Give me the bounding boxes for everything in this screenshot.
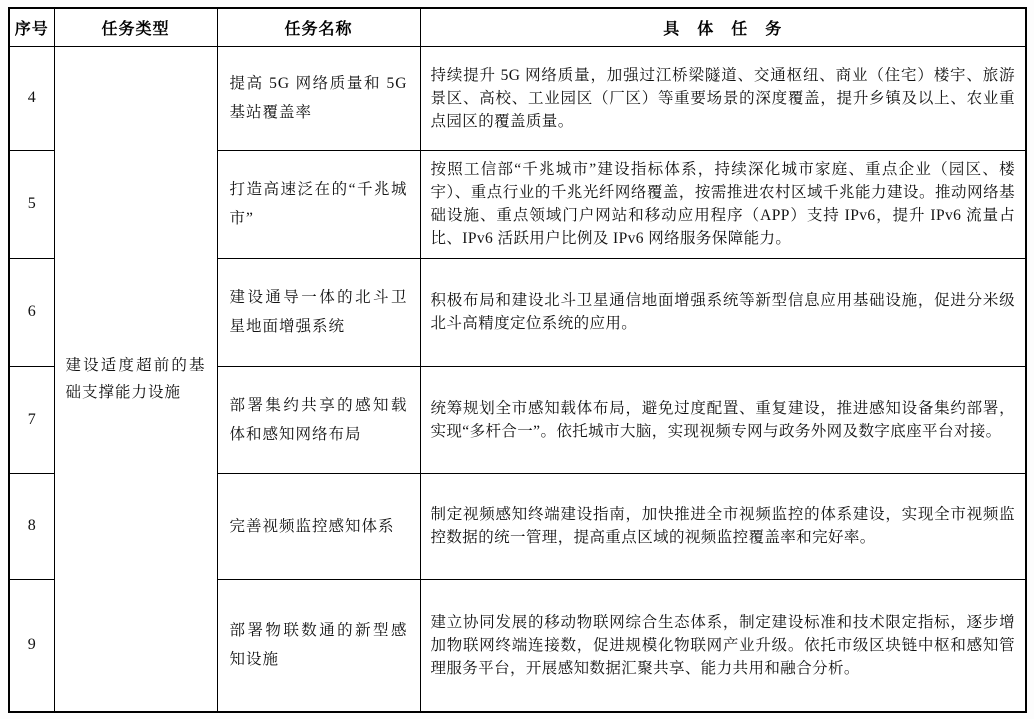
header-row: 序号 任务类型 任务名称 具 体 任 务 <box>9 8 1026 46</box>
task-name: 打造高速泛在的“千兆城市” <box>217 150 420 258</box>
task-name: 完善视频监控感知体系 <box>217 473 420 579</box>
col-header-name: 任务名称 <box>217 8 420 46</box>
task-detail: 积极布局和建设北斗卫星通信地面增强系统等新型信息应用基础设施，促进分米级北斗高精… <box>420 258 1026 366</box>
row-number: 7 <box>9 366 54 473</box>
task-detail: 建立协同发展的移动物联网综合生态体系，制定建设标准和技术限定指标，逐步增加物联网… <box>420 579 1026 712</box>
task-detail: 统筹规划全市感知载体布局，避免过度配置、重复建设，推进感知设备集约部署，实现“多… <box>420 366 1026 473</box>
document-page: 序号 任务类型 任务名称 具 体 任 务 4 建设适度超前的基础支撑能力设施 提… <box>0 0 1034 719</box>
col-header-type: 任务类型 <box>54 8 217 46</box>
row-number: 5 <box>9 150 54 258</box>
col-header-no: 序号 <box>9 8 54 46</box>
task-detail: 制定视频感知终端建设指南，加快推进全市视频监控的体系建设，实现全市视频监控数据的… <box>420 473 1026 579</box>
row-number: 8 <box>9 473 54 579</box>
row-number: 9 <box>9 579 54 712</box>
task-table: 序号 任务类型 任务名称 具 体 任 务 4 建设适度超前的基础支撑能力设施 提… <box>8 7 1027 713</box>
task-detail: 按照工信部“千兆城市”建设指标体系，持续深化城市家庭、重点企业（园区、楼宇）、重… <box>420 150 1026 258</box>
row-number: 6 <box>9 258 54 366</box>
table-row: 4 建设适度超前的基础支撑能力设施 提高 5G 网络质量和 5G 基站覆盖率 持… <box>9 46 1026 150</box>
task-detail: 持续提升 5G 网络质量，加强过江桥梁隧道、交通枢纽、商业（住宅）楼宇、旅游景区… <box>420 46 1026 150</box>
task-name: 提高 5G 网络质量和 5G 基站覆盖率 <box>217 46 420 150</box>
task-name: 部署物联数通的新型感知设施 <box>217 579 420 712</box>
task-name: 部署集约共享的感知载体和感知网络布局 <box>217 366 420 473</box>
col-header-detail: 具 体 任 务 <box>420 8 1026 46</box>
task-name: 建设通导一体的北斗卫星地面增强系统 <box>217 258 420 366</box>
task-type-cell: 建设适度超前的基础支撑能力设施 <box>54 46 217 712</box>
row-number: 4 <box>9 46 54 150</box>
